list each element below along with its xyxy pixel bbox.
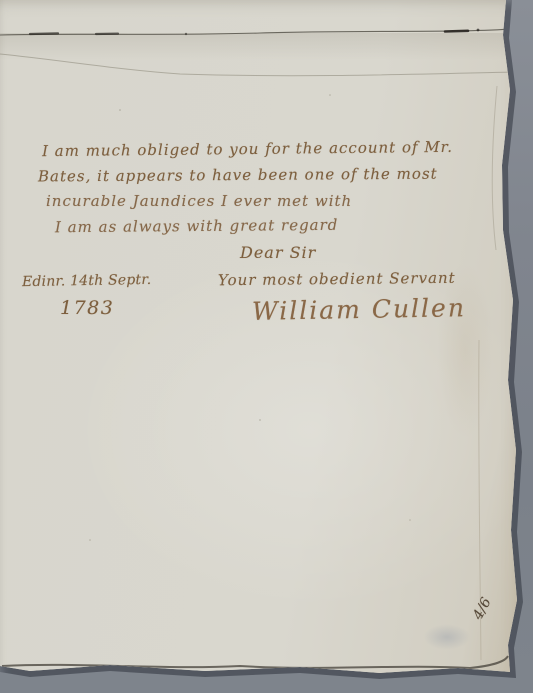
letter-page: I am much obliged to you for the account… (0, 0, 533, 693)
letter-body-line-4: I am as always with great regard (55, 216, 339, 236)
crease-lines (0, 0, 533, 693)
place-dateline: Edinr. 14th Septr. (22, 272, 152, 290)
closing-line: Your most obedient Servant (218, 269, 456, 289)
year: 1783 (60, 297, 114, 319)
letter-body-line-2: Bates, it appears to have been one of th… (38, 165, 438, 186)
salutation: Dear Sir (240, 243, 316, 262)
signature: William Cullen (252, 293, 466, 326)
letter-body-line-3: incurable Jaundices I ever met with (46, 192, 352, 210)
scan-canvas: I am much obliged to you for the account… (0, 0, 533, 693)
